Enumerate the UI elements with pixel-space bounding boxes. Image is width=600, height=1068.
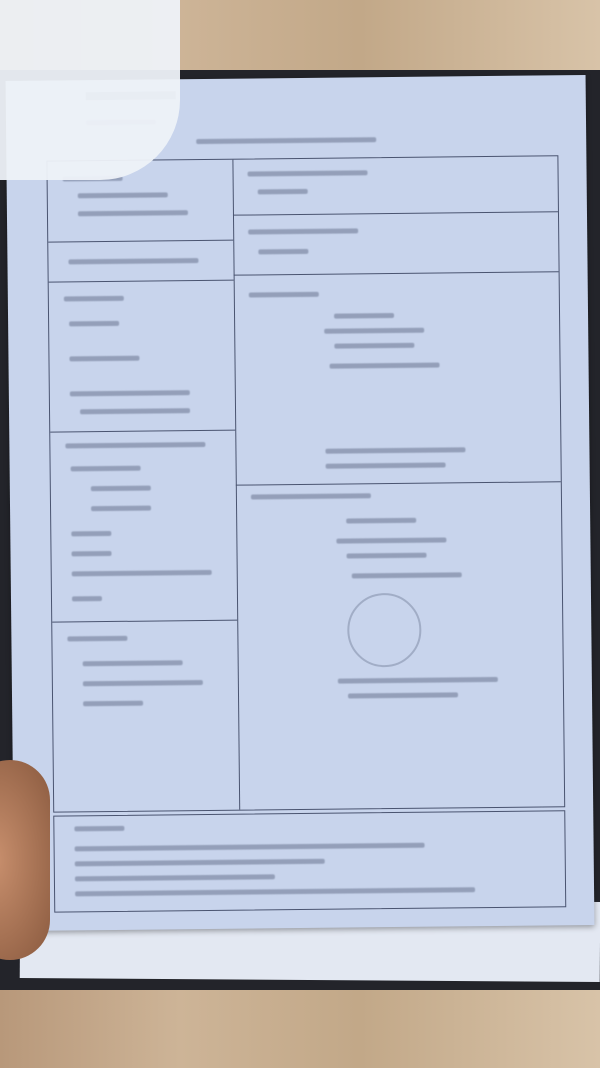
tissue-paper [0, 0, 180, 180]
right-field-2 [233, 211, 559, 275]
right-column [232, 156, 564, 809]
left-column [47, 160, 240, 812]
notes-section [53, 810, 566, 912]
form-page [6, 75, 595, 931]
field-block-3 [49, 280, 236, 433]
form-table [46, 155, 565, 812]
signature-block-1 [234, 271, 561, 485]
hand [0, 760, 50, 960]
form-title [196, 137, 376, 144]
official-stamp [347, 593, 422, 668]
field-block-5 [52, 620, 238, 722]
signature-block-2 [236, 481, 563, 724]
field-block-4 [50, 430, 237, 623]
field-block-2 [48, 240, 233, 283]
right-field-1 [232, 156, 558, 215]
